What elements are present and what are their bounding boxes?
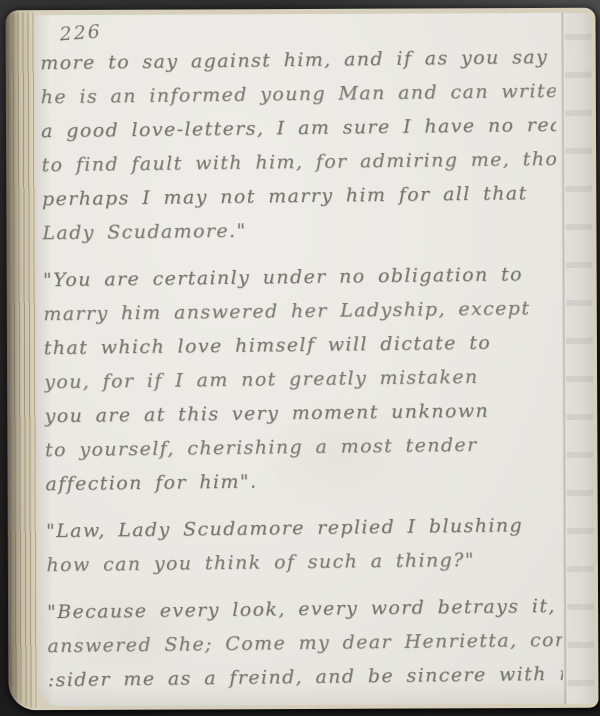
manuscript-paragraph: "You are certainly under no obligation t… [43,257,561,501]
manuscript-paragraph: "Law, Lady Scudamore replied I blushingh… [46,508,562,582]
manuscript-line: Lady Scudamore." [42,210,557,250]
manuscript-line: how can you think of such a thing?" [46,542,561,582]
manuscript-photo: 226 more to say against him, and if as y… [0,0,600,716]
page-edges-left [7,12,37,708]
adjacent-page-edge [564,13,594,704]
book: 226 more to say against him, and if as y… [5,8,598,711]
manuscript-paragraph: more to say against him, and if as you s… [40,40,557,250]
manuscript-paragraph: "Because every look, every word betrays … [47,589,563,697]
manuscript-text: more to say against him, and if as you s… [40,40,563,697]
manuscript-page: 226 more to say against him, and if as y… [34,13,594,706]
manuscript-line: affection for him". [45,461,560,501]
page-number: 226 [59,20,103,45]
manuscript-line: :sider me as a freind, and be sincere wi… [48,657,563,697]
